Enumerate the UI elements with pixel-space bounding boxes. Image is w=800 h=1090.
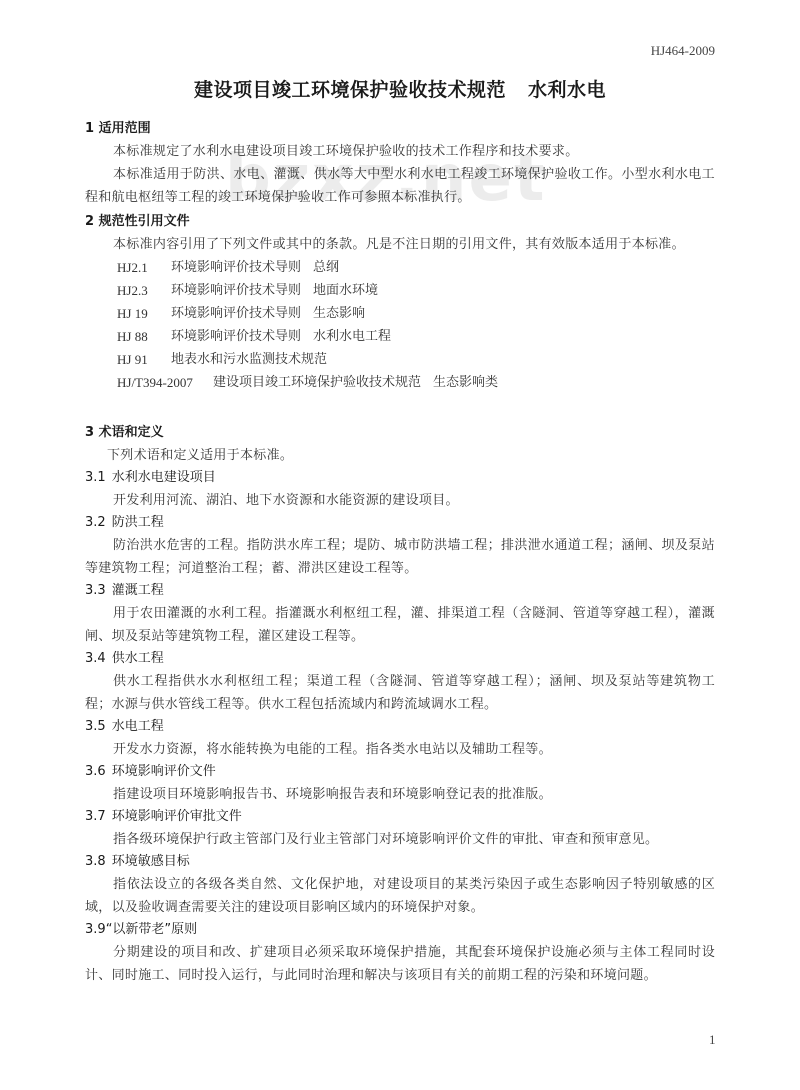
term-number: 3.4 xyxy=(85,651,106,666)
term-name: 供水工程 xyxy=(112,651,164,666)
term-definition: 开发利用河流、湖泊、地下水资源和水能资源的建设项目。 xyxy=(85,489,715,512)
reference-item: HJ 91 地表水和污水监测技术规范 xyxy=(85,348,715,371)
term-item: 3.6环境影响评价文件 指建设项目环境影响报告书、环境影响报告表和环境影响登记表… xyxy=(85,761,715,806)
reference-title: 地表水和污水监测技术规范 xyxy=(171,352,327,367)
term-number: 3.3 xyxy=(85,583,106,598)
section-normative-references: 2 规范性引用文件 本标准内容引用了下列文件或其中的条款。凡是不注日期的引用文件… xyxy=(85,211,715,394)
term-item: 3.7环境影响评价审批文件 指各级环境保护行政主管部门及行业主管部门对环境影响评… xyxy=(85,806,715,851)
paragraph: 下列术语和定义适用于本标准。 xyxy=(85,444,715,467)
section-heading: 2 规范性引用文件 xyxy=(85,211,715,233)
term-name: 水利水电建设项目 xyxy=(112,470,216,485)
term-item: 3.4供水工程 供水工程指供水水利枢纽工程；渠道工程（含隧洞、管道等穿越工程）；… xyxy=(85,648,715,716)
term-definition: 指建设项目环境影响报告书、环境影响报告表和环境影响登记表的批准版。 xyxy=(85,783,715,806)
term-number: 3.6 xyxy=(85,764,106,779)
paragraph: 本标准适用于防洪、水电、灌溉、供水等大中型水利水电工程竣工环境保护验收工作。小型… xyxy=(85,163,715,209)
reference-title: 环境影响评价技术导则 xyxy=(171,329,301,344)
term-name: 环境敏感目标 xyxy=(112,854,190,869)
term-item: 3.9“以新带老”原则 分期建设的项目和改、扩建项目必须采取环境保护措施，其配套… xyxy=(85,919,715,987)
reference-item: HJ2.1 环境影响评价技术导则总纲 xyxy=(85,256,715,279)
reference-title: 环境影响评价技术导则 xyxy=(171,306,301,321)
reference-title: 环境影响评价技术导则 xyxy=(171,260,301,275)
section-heading: 3 术语和定义 xyxy=(85,422,715,444)
reference-subtitle: 总纲 xyxy=(313,260,339,275)
term-number: 3.1 xyxy=(85,470,106,485)
term-definition: 供水工程指供水水利枢纽工程；渠道工程（含隧洞、管道等穿越工程）；涵闸、坝及泵站等… xyxy=(85,670,715,716)
reference-code: HJ 88 xyxy=(117,325,171,348)
reference-code: HJ/T394-2007 xyxy=(117,371,213,394)
term-definition: 开发水力资源，将水能转换为电能的工程。指各类水电站以及辅助工程等。 xyxy=(85,738,715,761)
page-number: 1 xyxy=(709,1032,716,1048)
section-terms-definitions: 3 术语和定义 下列术语和定义适用于本标准。 3.1水利水电建设项目 开发利用河… xyxy=(85,422,715,987)
term-name: 环境影响评价文件 xyxy=(112,764,216,779)
section-scope: 1 适用范围 本标准规定了水利水电建设项目竣工环境保护验收的技术工作程序和技术要… xyxy=(85,118,715,209)
term-name: 水电工程 xyxy=(112,719,164,734)
term-name: 防洪工程 xyxy=(112,515,164,530)
reference-code: HJ2.1 xyxy=(117,256,171,279)
reference-item: HJ 88 环境影响评价技术导则水利水电工程 xyxy=(85,325,715,348)
term-number: 3.8 xyxy=(85,854,106,869)
document-code: HJ464-2009 xyxy=(651,43,715,59)
document-body: 1 适用范围 本标准规定了水利水电建设项目竣工环境保护验收的技术工作程序和技术要… xyxy=(85,118,715,987)
term-number: 3.2 xyxy=(85,515,106,530)
term-definition: 分期建设的项目和改、扩建项目必须采取环境保护措施，其配套环境保护设施必须与主体工… xyxy=(85,941,715,987)
term-item: 3.5水电工程 开发水力资源，将水能转换为电能的工程。指各类水电站以及辅助工程等… xyxy=(85,716,715,761)
reference-item: HJ 19 环境影响评价技术导则生态影响 xyxy=(85,302,715,325)
reference-subtitle: 水利水电工程 xyxy=(313,329,391,344)
term-name: 环境影响评价审批文件 xyxy=(112,809,242,824)
term-definition: 用于农田灌溉的水利工程。指灌溉水利枢纽工程，灌、排渠道工程（含隧洞、管道等穿越工… xyxy=(85,602,715,648)
term-number: 3.5 xyxy=(85,719,106,734)
term-definition: 指各级环境保护行政主管部门及行业主管部门对环境影响评价文件的审批、审查和预审意见… xyxy=(85,828,715,851)
term-name: 灌溉工程 xyxy=(112,583,164,598)
reference-subtitle: 生态影响 xyxy=(313,306,365,321)
term-item: 3.1水利水电建设项目 开发利用河流、湖泊、地下水资源和水能资源的建设项目。 xyxy=(85,467,715,512)
reference-title: 建设项目竣工环境保护验收技术规范 xyxy=(213,375,421,390)
term-definition: 指依法设立的各级各类自然、文化保护地，对建设项目的某类污染因子或生态影响因子特别… xyxy=(85,873,715,919)
term-number: 3.7 xyxy=(85,809,106,824)
term-number: 3.9 xyxy=(85,922,106,937)
term-item: 3.8环境敏感目标 指依法设立的各级各类自然、文化保护地，对建设项目的某类污染因… xyxy=(85,851,715,919)
term-name: “以新带老”原则 xyxy=(106,922,197,937)
section-heading: 1 适用范围 xyxy=(85,118,715,140)
title-main: 建设项目竣工环境保护验收技术规范 xyxy=(194,79,506,101)
paragraph: 本标准内容引用了下列文件或其中的条款。凡是不注日期的引用文件，其有效版本适用于本… xyxy=(85,233,715,256)
document-title: 建设项目竣工环境保护验收技术规范水利水电 xyxy=(0,75,800,102)
reference-code: HJ 19 xyxy=(117,302,171,325)
term-definition: 防治洪水危害的工程。指防洪水库工程；堤防、城市防洪墙工程；排洪泄水通道工程；涵闸… xyxy=(85,534,715,580)
term-item: 3.2防洪工程 防治洪水危害的工程。指防洪水库工程；堤防、城市防洪墙工程；排洪泄… xyxy=(85,512,715,580)
title-sub: 水利水电 xyxy=(528,79,606,101)
reference-subtitle: 生态影响类 xyxy=(433,375,498,390)
reference-code: HJ2.3 xyxy=(117,279,171,302)
reference-item: HJ/T394-2007 建设项目竣工环境保护验收技术规范生态影响类 xyxy=(85,371,715,394)
term-item: 3.3灌溉工程 用于农田灌溉的水利工程。指灌溉水利枢纽工程，灌、排渠道工程（含隧… xyxy=(85,580,715,648)
reference-item: HJ2.3 环境影响评价技术导则地面水环境 xyxy=(85,279,715,302)
reference-subtitle: 地面水环境 xyxy=(313,283,378,298)
reference-code: HJ 91 xyxy=(117,348,171,371)
paragraph: 本标准规定了水利水电建设项目竣工环境保护验收的技术工作程序和技术要求。 xyxy=(85,140,715,163)
reference-title: 环境影响评价技术导则 xyxy=(171,283,301,298)
